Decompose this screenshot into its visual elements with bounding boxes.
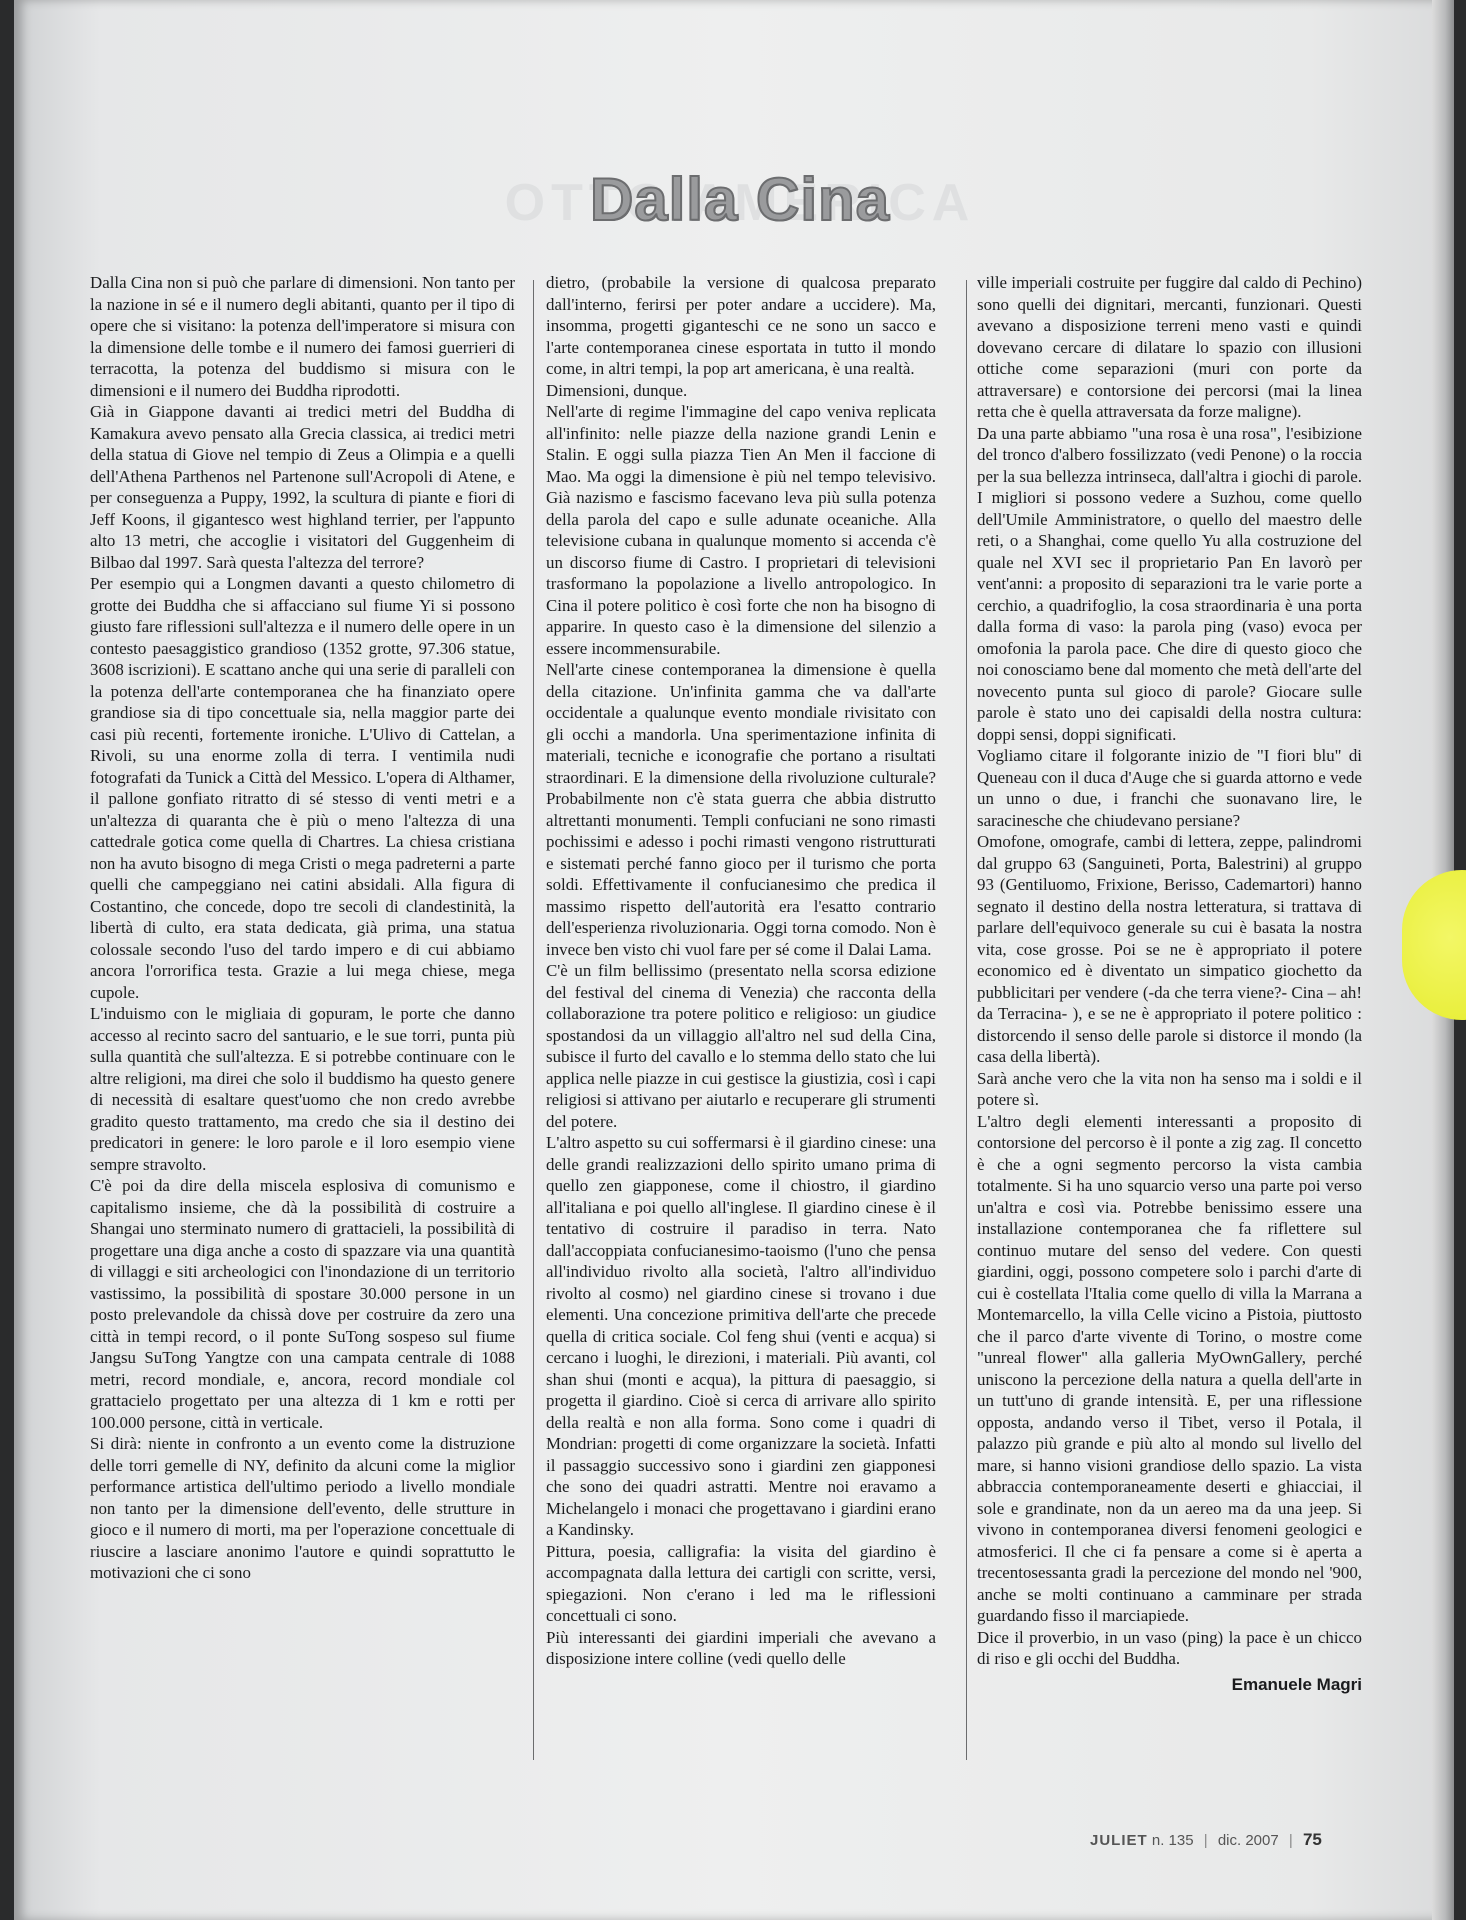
- paragraph: dietro, (probabile la versione di qualco…: [546, 272, 936, 380]
- article-body: Dalla Cina non si può che parlare di dim…: [90, 272, 1350, 1772]
- paragraph: L'altro degli elementi interessanti a pr…: [977, 1111, 1362, 1627]
- paragraph: C'è poi da dire della miscela esplosiva …: [90, 1175, 515, 1433]
- paragraph: Pittura, poesia, calligrafia: la visita …: [546, 1541, 936, 1627]
- paragraph: C'è un film bellissimo (presentato nella…: [546, 960, 936, 1132]
- paragraph: Da una parte abbiamo "una rosa è una ros…: [977, 423, 1362, 746]
- issue-date: dic. 2007: [1218, 1832, 1279, 1849]
- paragraph: Nell'arte di regime l'immagine del capo …: [546, 401, 936, 659]
- magazine-name: JULIET: [1090, 1832, 1148, 1849]
- paragraph: Dalla Cina non si può che parlare di dim…: [90, 272, 515, 401]
- article-title: Dalla Cina: [340, 165, 1140, 234]
- footer-separator: |: [1289, 1832, 1293, 1849]
- paragraph: Sarà anche vero che la vita non ha senso…: [977, 1068, 1362, 1111]
- paragraph: Vogliamo citare il folgorante inizio de …: [977, 745, 1362, 831]
- paragraph: Dimensioni, dunque.: [546, 380, 936, 402]
- page-number: 75: [1303, 1830, 1322, 1849]
- paragraph: ville imperiali costruite per fuggire da…: [977, 272, 1362, 423]
- paragraph: Omofone, omografe, cambi di lettera, zep…: [977, 831, 1362, 1068]
- paragraph: Nell'arte cinese contemporanea la dimens…: [546, 659, 936, 960]
- paragraph: Dice il proverbio, in un vaso (ping) la …: [977, 1627, 1362, 1670]
- paragraph: Si dirà: niente in confronto a un evento…: [90, 1433, 515, 1584]
- column-1: Dalla Cina non si può che parlare di dim…: [90, 272, 515, 1584]
- paragraph: Già in Giappone davanti ai tredici metri…: [90, 401, 515, 573]
- column-2: dietro, (probabile la versione di qualco…: [546, 272, 936, 1670]
- paragraph: Per esempio qui a Longmen davanti a ques…: [90, 573, 515, 1003]
- paragraph: Più interessanti dei giardini imperiali …: [546, 1627, 936, 1670]
- issue-number: n. 135: [1152, 1832, 1194, 1849]
- paragraph: L'induismo con le migliaia di gopuram, l…: [90, 1003, 515, 1175]
- column-3: ville imperiali costruite per fuggire da…: [977, 272, 1362, 1695]
- footer-separator: |: [1204, 1832, 1208, 1849]
- page-footer: JULIET n. 135 | dic. 2007 | 75: [1090, 1830, 1360, 1850]
- title-block: OTTO AMERICA Dalla Cina: [340, 165, 1140, 245]
- author-signature: Emanuele Magri: [977, 1674, 1362, 1696]
- paragraph: L'altro aspetto su cui soffermarsi è il …: [546, 1132, 936, 1541]
